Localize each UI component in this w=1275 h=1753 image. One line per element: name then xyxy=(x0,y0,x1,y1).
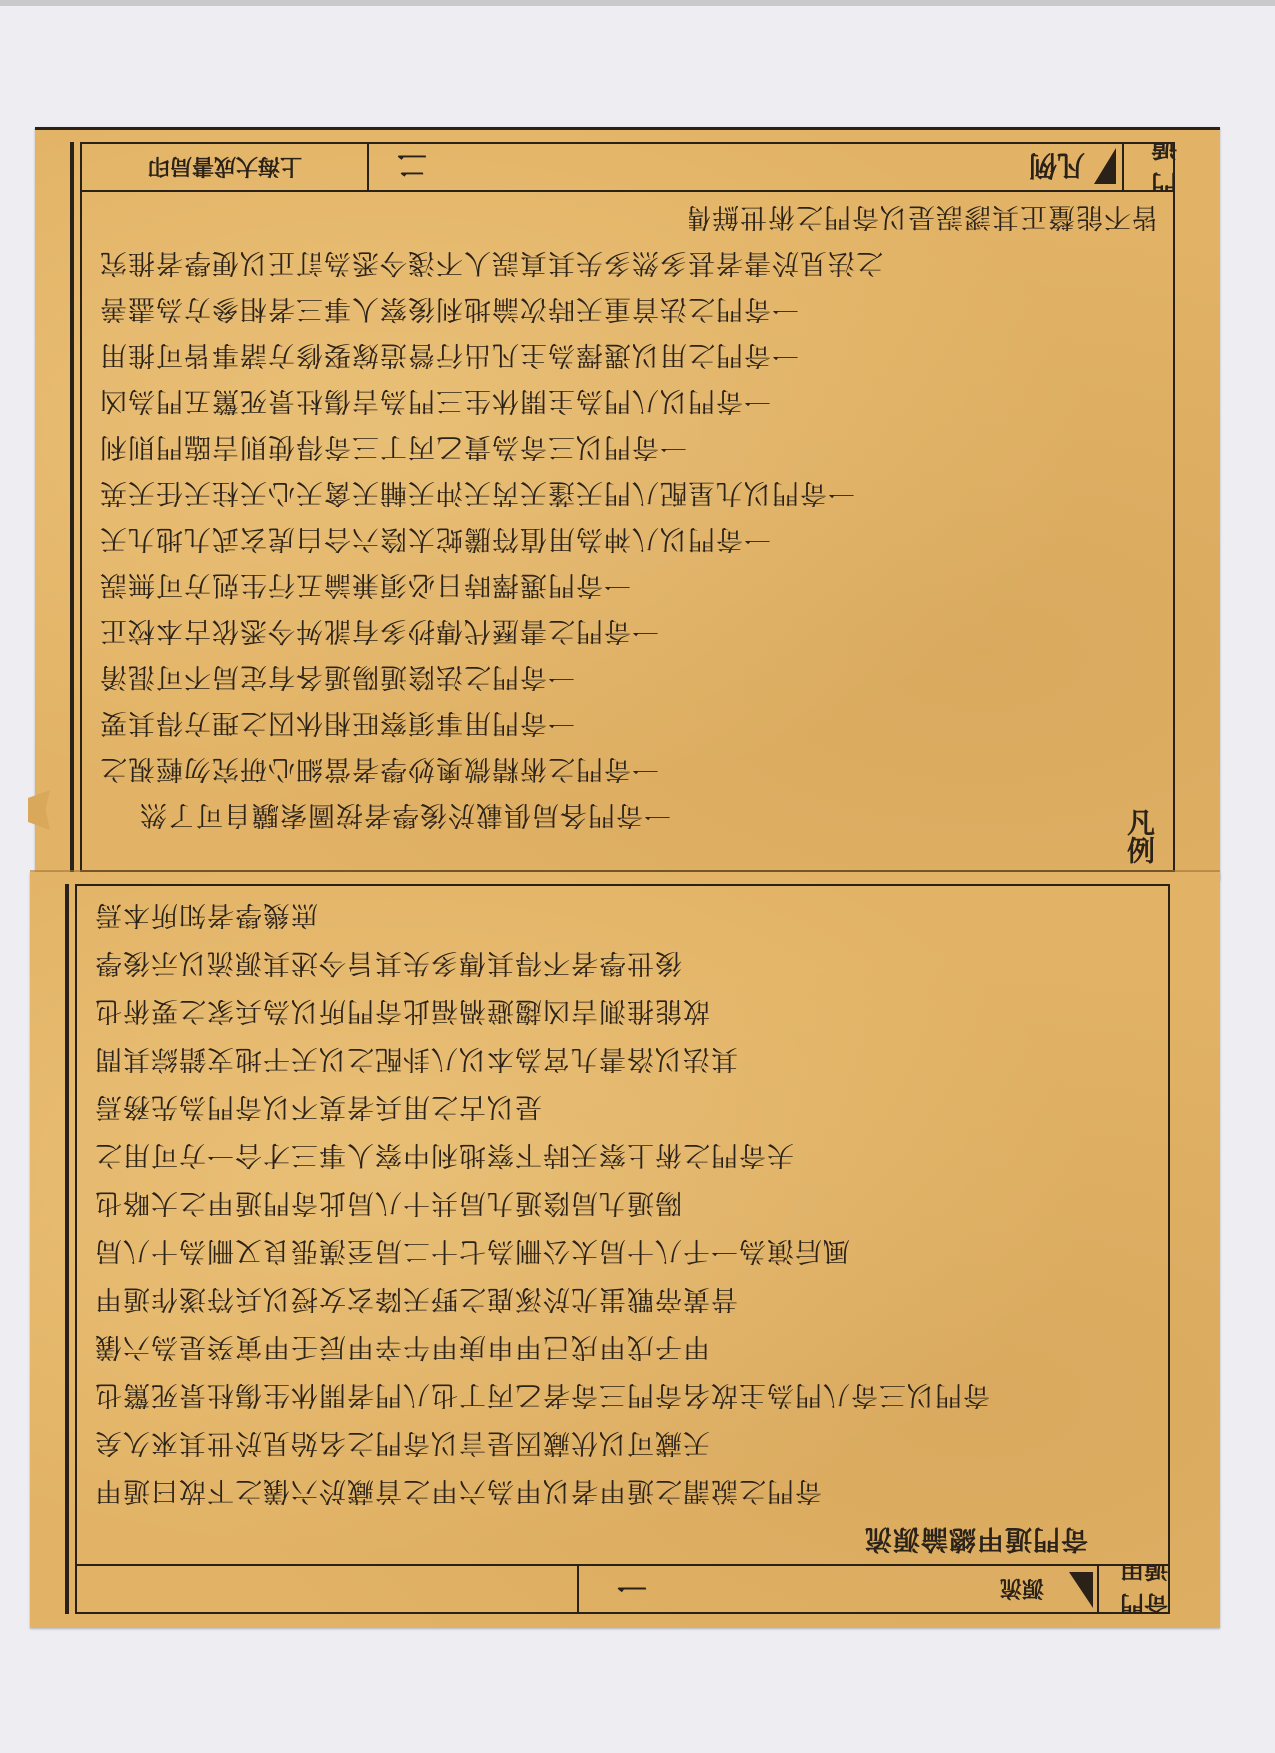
frame-double-rule xyxy=(65,884,69,1614)
text-column: 奇門之說謂之遁甲者以甲為六甲之首藏於六儀之下故曰遁甲 xyxy=(94,1472,1154,1508)
text-column: 一奇門各局俱載於後學者按圖索驥自可了然 xyxy=(139,796,1159,832)
text-column: 夫奇門之術上察天時下察地利中察人事三才合一方可用之 xyxy=(94,1136,1154,1172)
lower-page-body: 庶幾學者知所本焉 後世學者不得其傳多失其旨今述其源流以示後學 故能推測吉凶趨避禍… xyxy=(91,896,1154,1556)
text-column: 天藏可以伏藏因是言以奇門之名始見於世其來久矣 xyxy=(94,1424,1154,1460)
section-label: 凡例 xyxy=(1017,144,1097,190)
book-title-label: 奇門遁甲 xyxy=(1102,1566,1168,1612)
band-divider xyxy=(1097,1566,1099,1612)
lower-page-frame: 庶幾學者知所本焉 後世學者不得其傳多失其旨今述其源流以示後學 故能推測吉凶趨避禍… xyxy=(75,884,1170,1614)
lower-margin-band: 一 源流 奇門遁甲 xyxy=(77,1564,1168,1612)
section-heading: 凡例 xyxy=(1119,808,1159,871)
page-number: 一 xyxy=(607,1566,657,1612)
band-divider xyxy=(1122,144,1124,190)
text-column: 昔黃帝戰蚩尤於涿鹿之野天降玄女授以兵符遂作遁甲 xyxy=(94,1280,1154,1316)
text-column: 一奇門之法首重天時次論地利後察人事三者相參方為盡善 xyxy=(99,290,1159,326)
text-column: 皆不能釐正其謬誤是以奇門之術世鮮傳人語云倒此 xyxy=(689,198,1159,234)
band-divider xyxy=(367,144,369,190)
text-column: 一奇門之用以選擇為主凡出行營造嫁娶修方諸事皆可推用 xyxy=(99,336,1159,372)
band-divider xyxy=(577,1566,579,1612)
text-column: 後世學者不得其傳多失其旨今述其源流以示後學 xyxy=(94,944,1154,980)
upper-margin-band: 上海大成書局印 二 凡例 奇門遁甲 xyxy=(82,144,1173,192)
scan-top-edge xyxy=(0,0,1275,6)
book-title-label: 奇門遁甲 xyxy=(1127,144,1177,190)
section-label: 源流 xyxy=(992,1566,1052,1612)
text-column: 是以古之用兵者莫不以奇門為先務焉 xyxy=(94,1088,1154,1124)
upper-page-body: 皆不能釐正其謬誤是以奇門之術世鮮傳人語云倒此 之法見於書者甚多然多失其真誤人不淺… xyxy=(96,198,1159,860)
text-column: 一奇門選擇時日必須兼論五行生剋方可無誤 xyxy=(99,566,1159,602)
text-column: 一奇門用事須察旺相休囚之理方得其要 xyxy=(99,704,1159,740)
text-column: 一奇門以三奇為貴乙丙丁三奇得使則吉臨門則利 xyxy=(99,428,1159,464)
text-column: 之法見於書者甚多然多失其真誤人不淺今悉為訂正以便學者推究 xyxy=(99,244,1159,280)
text-column: 陽遁九局陰遁九局共十八局此奇門遁甲之大略也 xyxy=(94,1184,1154,1220)
imprint-label: 上海大成書局印 xyxy=(90,144,360,190)
text-column: 一奇門之法陰遁陽遁各有定局不可混淆 xyxy=(99,658,1159,694)
text-column: 故能推測吉凶趨避禍福此奇門所以為兵家之要術也 xyxy=(94,992,1154,1028)
page-number: 二 xyxy=(382,144,442,190)
text-column: 庶幾學者知所本焉 xyxy=(94,896,1154,932)
text-column: 一奇門以八門為主開休生三門為吉傷杜景死驚五門為凶 xyxy=(99,382,1159,418)
frame-double-rule xyxy=(70,142,74,872)
text-column: 一奇門之書歷代傳抄多有訛舛今悉依古本校正 xyxy=(99,612,1159,648)
text-column: 風后演為一千八十局太公刪為七十二局至漢張良又刪為十八局 xyxy=(94,1232,1154,1268)
fishtail-mark xyxy=(1069,1572,1093,1608)
fishtail-mark xyxy=(1094,148,1116,184)
text-column: 一奇門之術精微奧妙學者當細心研究勿輕視之 xyxy=(99,750,1159,786)
text-column: 一奇門以八神為用值符騰蛇太陰六合白虎玄武九地九天 xyxy=(99,520,1159,556)
lower-page: 庶幾學者知所本焉 後世學者不得其傳多失其旨今述其源流以示後學 故能推測吉凶趨避禍… xyxy=(30,872,1220,1628)
text-column: 一奇門以九星配八門天蓬天芮天沖天輔天禽天心天柱天任天英 xyxy=(99,474,1159,510)
chapter-title: 奇門遁甲總論源流 xyxy=(864,1520,1154,1556)
text-column: 甲子戊甲戌己甲申庚甲午辛甲辰壬甲寅癸是為六儀 xyxy=(94,1328,1154,1364)
upper-page: 上海大成書局印 二 凡例 奇門遁甲 皆不能釐正其謬誤是以奇門之術世鮮傳人語云倒此… xyxy=(35,127,1220,880)
upper-page-frame: 上海大成書局印 二 凡例 奇門遁甲 皆不能釐正其謬誤是以奇門之術世鮮傳人語云倒此… xyxy=(80,142,1175,872)
text-column: 其法以洛書九宮為本以八卦配之以天干地支錯綜其間 xyxy=(94,1040,1154,1076)
text-column: 奇門以三奇八門為主故名奇門三奇者乙丙丁也八門者開休生傷杜景死驚也 xyxy=(94,1376,1154,1412)
